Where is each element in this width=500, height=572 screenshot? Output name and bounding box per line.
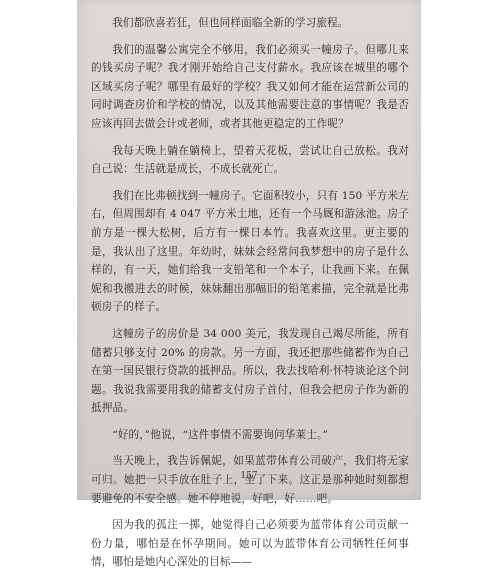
paragraph: “好的，”他说，“这件事情不需要询问华莱士。” xyxy=(91,426,409,445)
body-text: 我们都欣喜若狂，但也同样面临全新的学习旅程。 我们的温馨公寓完全不够用，我们必须… xyxy=(91,14,409,500)
paragraph: 我们都欣喜若狂，但也同样面临全新的学习旅程。 xyxy=(91,14,409,33)
paragraph: 我们在比弗顿找到一幢房子。它面积较小，只有 150 平方米左右，但周围却有 4 … xyxy=(91,187,409,317)
book-page: 我们都欣喜若狂，但也同样面临全新的学习旅程。 我们的温馨公寓完全不够用，我们必须… xyxy=(77,0,421,500)
page-number: 157 xyxy=(77,471,421,481)
paragraph: 我们的温馨公寓完全不够用，我们必须买一幢房子。但哪儿来的钱买房子呢？我才刚开始给… xyxy=(91,41,409,134)
paragraph: 这幢房子的房价是 34 000 美元，我发现自己竭尽所能，所有储蓄只够支付 20… xyxy=(91,325,409,418)
paragraph: 我每天晚上躺在躺椅上，望着天花板，尝试让自己放松。我对自己说：生活就是成长，不成… xyxy=(91,142,409,179)
